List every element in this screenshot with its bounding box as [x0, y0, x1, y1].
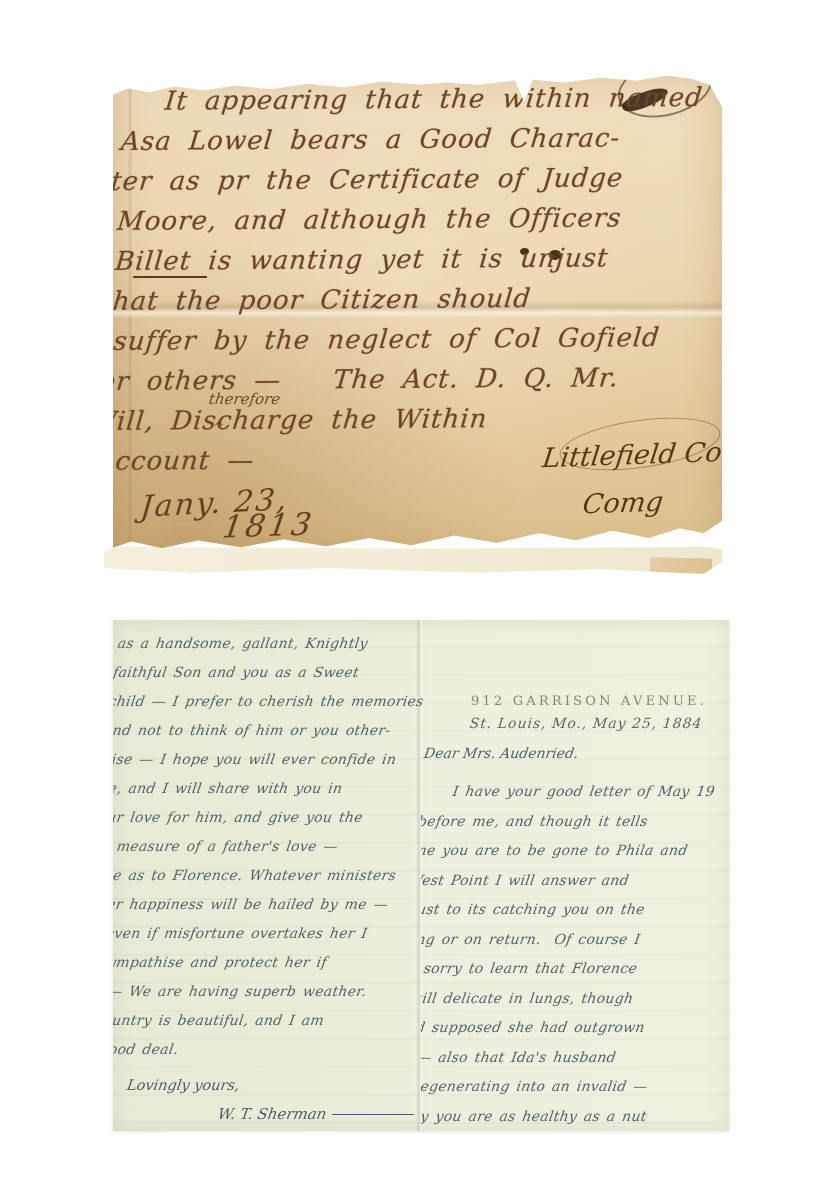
- right-page-body: I have your good letter of May 19before …: [421, 778, 729, 1131]
- letter-line: is still delicate in lungs, though: [421, 985, 702, 1015]
- letter-line: and not to think of him or you other-: [113, 717, 406, 746]
- signature: W. T. Sherman: [216, 1105, 416, 1123]
- letter-line: It appearing that the within named: [117, 78, 700, 122]
- letter-line: suffer by the neglect of Col Gofield: [113, 318, 676, 362]
- letter-line: Same as to Florence. Whatever ministers: [113, 862, 383, 891]
- paper-edge-behind: [104, 547, 722, 574]
- letter-body-1813: It appearing that the within namedAsa Lo…: [113, 78, 700, 482]
- letter-line: that — also that Ida's husband: [421, 1044, 693, 1074]
- dateline: St. Louis, Mo., May 25, 1884: [454, 716, 718, 732]
- signature-flourish: [332, 1113, 414, 1115]
- letter-line: Asa Lowel bears a Good Charac-: [113, 118, 696, 162]
- letter-line: to her happiness will be hailed by me —: [113, 891, 379, 920]
- paper-corner-peek: [650, 557, 712, 574]
- auction-photo-page: It appearing that the within namedAsa Lo…: [0, 0, 819, 1197]
- signature-text: W. T. Sherman: [216, 1105, 328, 1123]
- letter-line: I can — We are having superb weather.: [113, 978, 365, 1007]
- letter-line: me, and I will share with you in: [113, 775, 397, 804]
- letter-line: Moore, and although the Officers: [113, 198, 688, 242]
- letter-line: and even if misfortune overtakes her I: [113, 920, 374, 949]
- letter-line: full measure of a father's love —: [113, 833, 388, 862]
- letter-line: your love for him, and give you the: [113, 804, 392, 833]
- right-page: 912 GARRISON AVENUE. St. Louis, Mo., May…: [421, 620, 729, 1131]
- left-page-body: as a handsome, gallant, Knightlyfaithful…: [113, 630, 420, 1065]
- letter-line: I had supposed she had outgrown: [421, 1014, 698, 1044]
- letter-line: wing or on return. Of course I: [421, 926, 712, 956]
- insertion-caret: ^: [213, 420, 225, 436]
- letter-line: am sorry to learn that Florence: [421, 955, 707, 985]
- letter-line: or others — The Act. D. Q. Mr.: [113, 358, 672, 402]
- inserted-word: therefore: [208, 390, 282, 408]
- letter-line: I have your good letter of May 19: [421, 778, 729, 808]
- letter-line: me you are to be gone to Phila and: [421, 837, 726, 867]
- letter-line: ter as pr the Certificate of Judge: [113, 158, 692, 202]
- valediction: Lovingly yours,: [126, 1078, 241, 1094]
- letter-line: was degenerating into an invalid —: [421, 1073, 688, 1103]
- letter-line: will sympathise and protect her if: [113, 949, 369, 978]
- salutation: Dear Mrs. Audenried.: [423, 746, 580, 762]
- letter-line: Billet is wanting yet it is unjust: [113, 238, 684, 282]
- letter-line: out a good deal.: [113, 1036, 356, 1065]
- green-letter-1884: as a handsome, gallant, Knightlyfaithful…: [113, 620, 729, 1131]
- date-year: 1813: [220, 506, 316, 545]
- signature-name: Littlefield Col: [541, 437, 722, 475]
- letter-line: before me, and though it tells: [421, 808, 729, 838]
- letter-line: as a handsome, gallant, Knightly: [115, 630, 420, 659]
- letter-line: The Country is beautiful, and I am: [113, 1007, 360, 1036]
- letterhead: 912 GARRISON AVENUE.: [421, 694, 729, 709]
- aged-letter-1813: It appearing that the within namedAsa Lo…: [113, 68, 722, 555]
- letter-line: West Point I will answer and: [421, 867, 721, 897]
- letter-line: faithful Son and you as a Sweet: [113, 659, 415, 688]
- letter-line: trust to its catching you on the: [421, 896, 716, 926]
- letter-line: that the poor Citizen should: [113, 278, 680, 322]
- signature-title: Comg: [581, 487, 665, 521]
- letter-line: Happily you are as healthy as a nut: [421, 1103, 684, 1132]
- letter-line: child — I prefer to cherish the memories: [113, 688, 411, 717]
- letter-line: wise — I hope you will ever confide in: [113, 746, 402, 775]
